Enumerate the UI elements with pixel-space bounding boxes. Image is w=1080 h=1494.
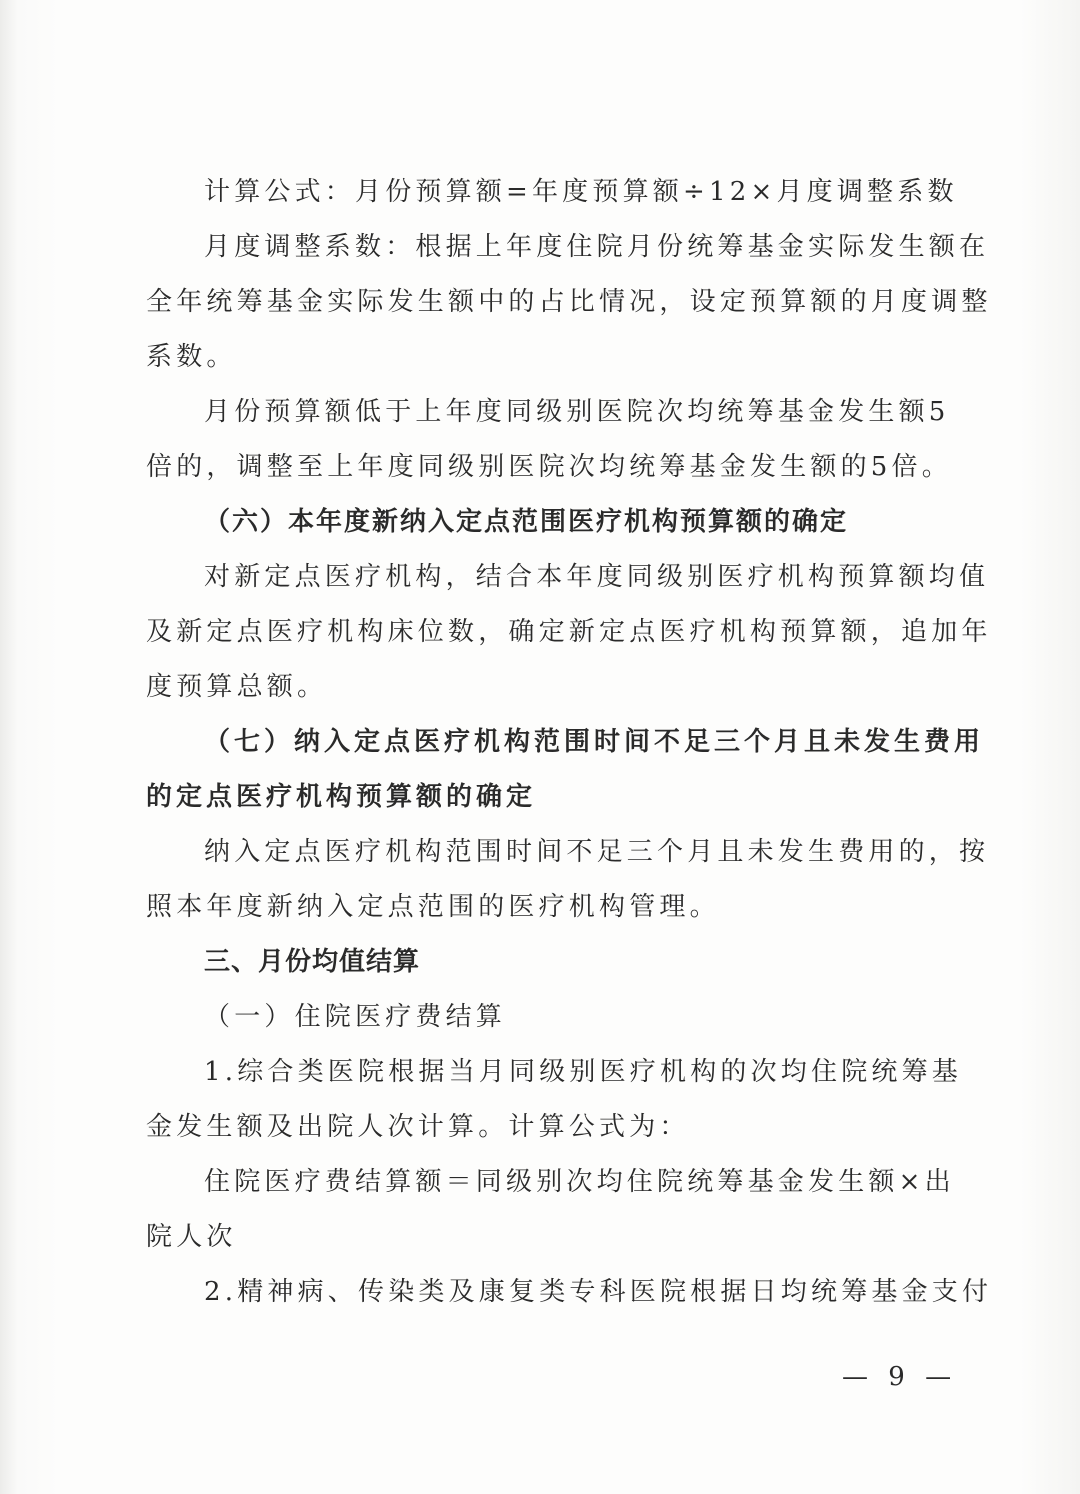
paragraph-line: 倍的，调整至上年度同级别医院次均统筹基金发生额的5倍。 <box>146 451 952 483</box>
paragraph-line: 度预算总额。 <box>146 671 327 703</box>
subheading-one: （一）住院医疗费结算 <box>204 1001 506 1033</box>
formula-line: 计算公式：月份预算额=年度预算额÷12×月度调整系数 <box>204 176 958 208</box>
subheading-seven-cont: 的定点医疗机构预算额的确定 <box>146 781 536 813</box>
paragraph-line: 1.综合类医院根据当月同级别医疗机构的次均住院统筹基 <box>204 1056 962 1088</box>
paragraph-line: 月度调整系数：根据上年度住院月份统筹基金实际发生额在 <box>204 231 989 263</box>
paragraph-line: 系数。 <box>146 341 237 373</box>
formula-line: 住院医疗费结算额＝同级别次均住院统筹基金发生额×出 <box>204 1166 955 1198</box>
paragraph-line: 及新定点医疗机构床位数，确定新定点医疗机构预算额，追加年 <box>146 616 992 648</box>
paragraph-line: 院人次 <box>146 1221 237 1253</box>
subheading-six: （六）本年度新纳入定点范围医疗机构预算额的确定 <box>204 506 848 538</box>
paragraph-line: 照本年度新纳入定点范围的医疗机构管理。 <box>146 891 720 923</box>
paragraph-line: 月份预算额低于上年度同级别医院次均统筹基金发生额5 <box>204 396 950 428</box>
paragraph-line: 纳入定点医疗机构范围时间不足三个月且未发生费用的，按 <box>204 836 989 868</box>
document-page: 计算公式：月份预算额=年度预算额÷12×月度调整系数 月度调整系数：根据上年度住… <box>0 0 1080 1494</box>
paragraph-line: 对新定点医疗机构，结合本年度同级别医疗机构预算额均值 <box>204 561 989 593</box>
paragraph-line: 全年统筹基金实际发生额中的占比情况，设定预算额的月度调整 <box>146 286 992 318</box>
page-number: — 9 — <box>842 1362 957 1392</box>
paragraph-line: 2.精神病、传染类及康复类专科医院根据日均统筹基金支付 <box>204 1276 992 1308</box>
paragraph-line: 金发生额及出院人次计算。计算公式为： <box>146 1111 690 1143</box>
section-heading-three: 三、月份均值结算 <box>204 946 420 978</box>
subheading-seven: （七）纳入定点医疗机构范围时间不足三个月且未发生费用 <box>204 726 984 758</box>
